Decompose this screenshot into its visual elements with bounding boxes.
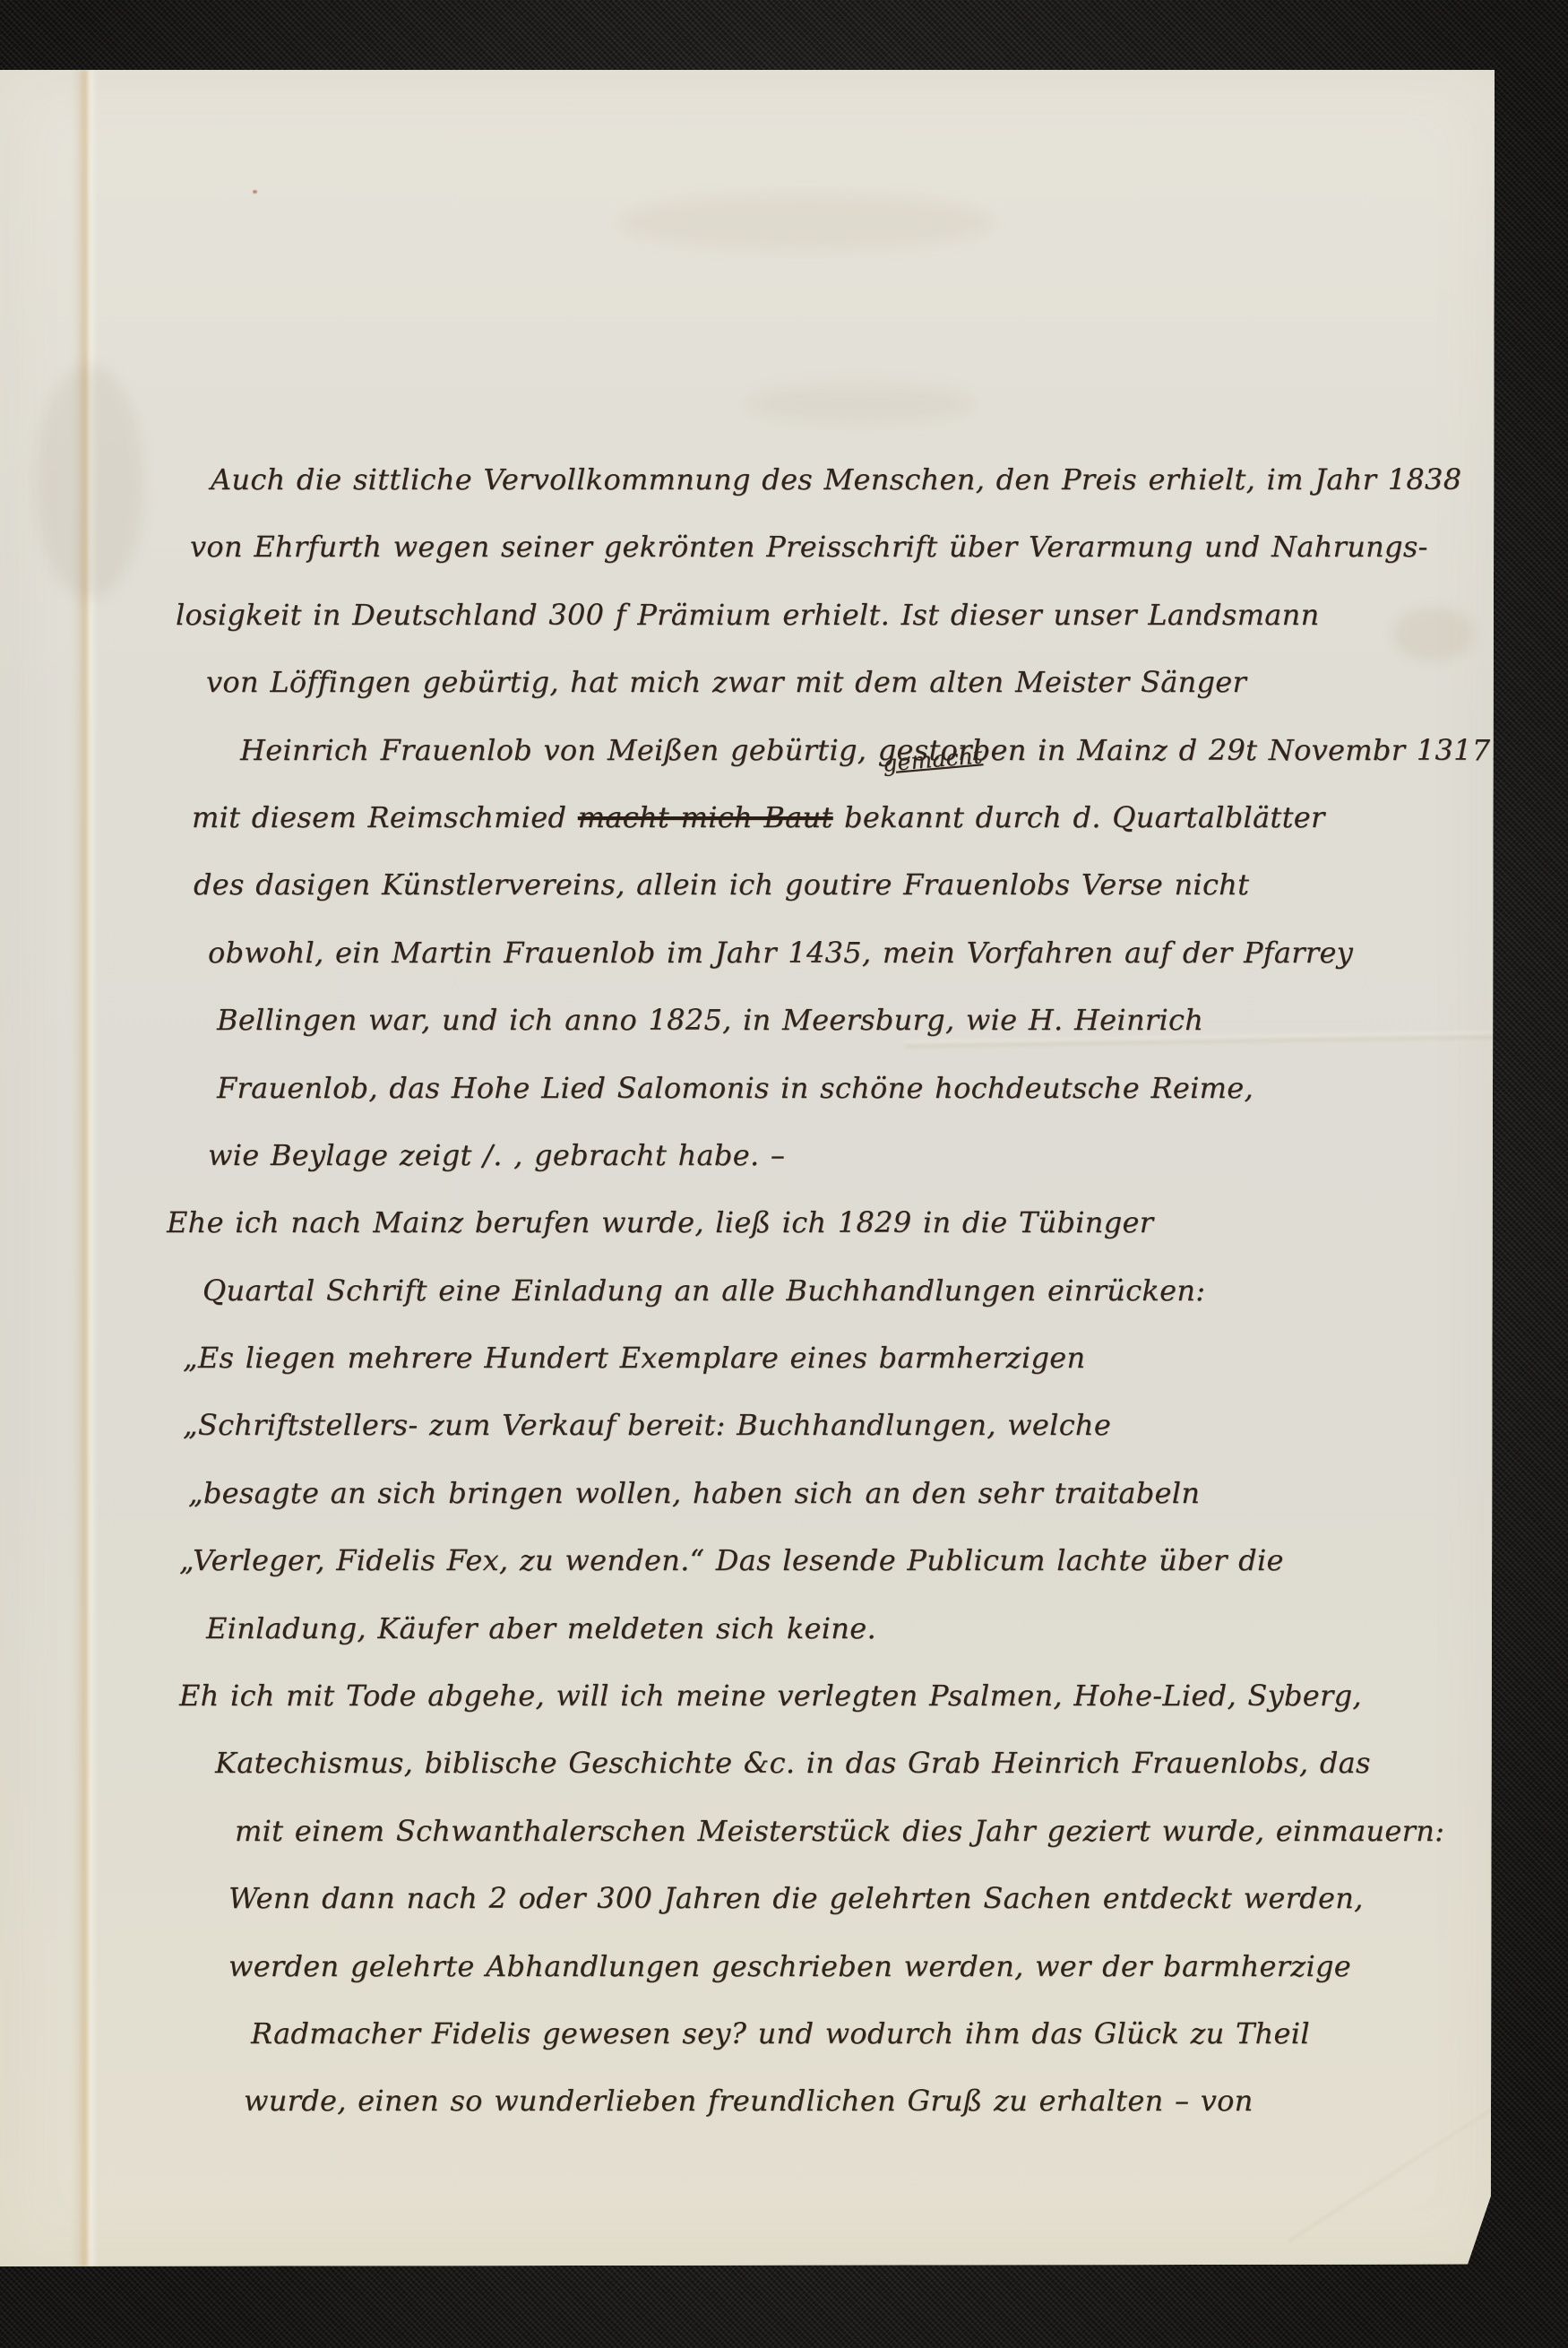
photo-backdrop: Auch die sittliche Vervollkommnung des M… xyxy=(0,0,1568,2348)
line-text: Auch die sittliche Vervollkommnung des M… xyxy=(211,462,1461,496)
handwritten-line: Katechismus, biblische Geschichte &c. in… xyxy=(0,1730,1495,1797)
handwritten-line: obwohl, ein Martin Frauenlob im Jahr 143… xyxy=(0,919,1495,987)
letter-lines: Auch die sittliche Vervollkommnung des M… xyxy=(0,446,1495,2136)
line-text: obwohl, ein Martin Frauenlob im Jahr 143… xyxy=(208,936,1353,970)
handwritten-line: Einladung, Käufer aber meldeten sich kei… xyxy=(0,1595,1495,1662)
handwritten-line: Radmacher Fidelis gewesen sey? und wodur… xyxy=(0,2000,1495,2067)
handwritten-line: „Schriftstellers- zum Verkauf bereit: Bu… xyxy=(0,1392,1495,1459)
line-text: von Löffingen gebürtig, hat mich zwar mi… xyxy=(206,665,1246,699)
line-text: Radmacher Fidelis gewesen sey? und wodur… xyxy=(251,2016,1310,2050)
line-text: bekannt durch d. Quartalblätter xyxy=(833,800,1325,834)
line-text: Ehe ich nach Mainz berufen wurde, ließ i… xyxy=(167,1205,1153,1239)
handwritten-line: mit einem Schwanthalerschen Meisterstück… xyxy=(0,1798,1495,1865)
handwritten-line: mit diesem Reimschmied macht mich Baut b… xyxy=(0,784,1495,851)
line-text: Frauenlob, das Hohe Lied Salomonis in sc… xyxy=(217,1071,1254,1105)
ink-showthrough-smudge xyxy=(618,195,995,249)
line-text: Heinrich Frauenlob von Meißen gebürtig, … xyxy=(240,733,1500,767)
handwritten-line: Wenn dann nach 2 oder 300 Jahren die gel… xyxy=(0,1865,1495,1932)
handwritten-line: werden gelehrte Abhandlungen geschrieben… xyxy=(0,1933,1495,2000)
line-text: von Ehrfurth wegen seiner gekrönten Prei… xyxy=(190,530,1428,564)
handwritten-line: Quartal Schrift eine Einladung an alle B… xyxy=(0,1257,1495,1325)
line-text: mit einem Schwanthalerschen Meisterstück… xyxy=(235,1814,1444,1848)
handwritten-line: wie Beylage zeigt /. , gebracht habe. – xyxy=(0,1122,1495,1189)
line-text: werden gelehrte Abhandlungen geschrieben… xyxy=(228,1949,1351,1983)
handwritten-line: „Es liegen mehrere Hundert Exemplare ein… xyxy=(0,1325,1495,1392)
handwritten-line: „Verleger, Fidelis Fex, zu wenden.“ Das … xyxy=(0,1527,1495,1594)
ink-showthrough-smudge xyxy=(744,384,977,425)
line-text: „Es liegen mehrere Hundert Exemplare ein… xyxy=(183,1341,1085,1375)
handwritten-line: Bellingen war, und ich anno 1825, in Mee… xyxy=(0,987,1495,1054)
line-text: Bellingen war, und ich anno 1825, in Mee… xyxy=(217,1003,1203,1037)
handwritten-line: von Ehrfurth wegen seiner gekrönten Prei… xyxy=(0,514,1495,581)
line-text: Wenn dann nach 2 oder 300 Jahren die gel… xyxy=(228,1881,1364,1915)
handwritten-line: „besagte an sich bringen wollen, haben s… xyxy=(0,1460,1495,1527)
ink-speck xyxy=(253,190,257,194)
handwritten-line: Frauenlob, das Hohe Lied Salomonis in sc… xyxy=(0,1055,1495,1122)
line-text: des dasigen Künstlervereins, allein ich … xyxy=(194,868,1249,902)
line-text: Quartal Schrift eine Einladung an alle B… xyxy=(202,1273,1205,1308)
handwritten-line: Ehe ich nach Mainz berufen wurde, ließ i… xyxy=(0,1189,1495,1256)
handwritten-line: von Löffingen gebürtig, hat mich zwar mi… xyxy=(0,649,1495,716)
line-text: „besagte an sich bringen wollen, haben s… xyxy=(188,1476,1200,1510)
line-text: Eh ich mit Tode abgehe, will ich meine v… xyxy=(179,1679,1362,1713)
handwritten-line: Eh ich mit Tode abgehe, will ich meine v… xyxy=(0,1662,1495,1730)
line-text: wurde, einen so wunderlieben freundliche… xyxy=(244,2084,1254,2118)
handwritten-line: Auch die sittliche Vervollkommnung des M… xyxy=(0,446,1495,514)
struck-text: macht mich Baut xyxy=(578,800,833,834)
handwritten-line: losigkeit in Deutschland 300 f Prämium e… xyxy=(0,582,1495,649)
letter-page: Auch die sittliche Vervollkommnung des M… xyxy=(0,70,1495,2266)
line-text: Katechismus, biblische Geschichte &c. in… xyxy=(215,1746,1371,1780)
handwritten-line: des dasigen Künstlervereins, allein ich … xyxy=(0,851,1495,919)
line-text: losigkeit in Deutschland 300 f Prämium e… xyxy=(176,598,1319,632)
line-text: „Schriftstellers- zum Verkauf bereit: Bu… xyxy=(183,1408,1111,1442)
line-text: wie Beylage zeigt /. , gebracht habe. – xyxy=(208,1138,785,1172)
line-text: „Verleger, Fidelis Fex, zu wenden.“ Das … xyxy=(179,1543,1284,1577)
line-text: Einladung, Käufer aber meldeten sich kei… xyxy=(206,1611,876,1645)
handwritten-line: Heinrich Frauenlob von Meißen gebürtig, … xyxy=(0,717,1495,784)
handwritten-line: wurde, einen so wunderlieben freundliche… xyxy=(0,2067,1495,2135)
line-text: mit diesem Reimschmied xyxy=(192,800,578,834)
